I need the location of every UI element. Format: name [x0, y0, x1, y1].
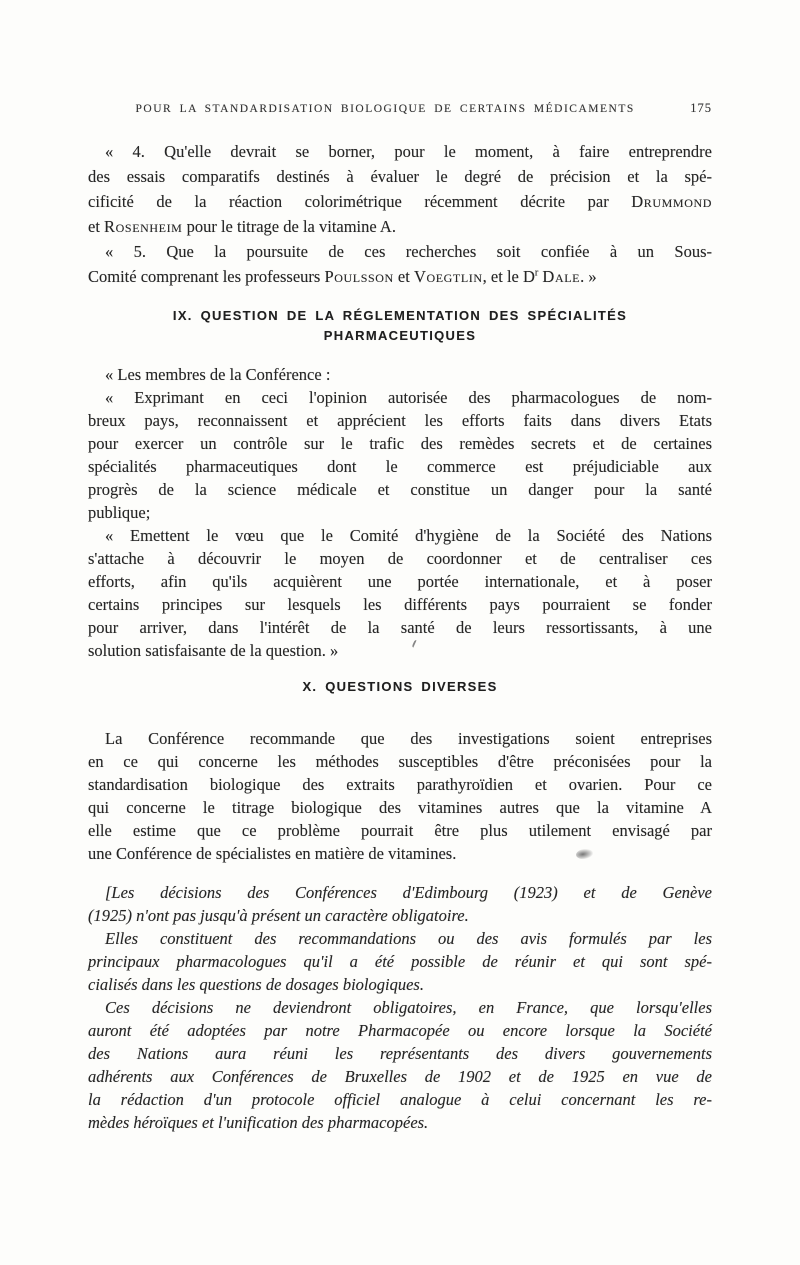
small-caps-name: Rosenheim	[104, 217, 182, 236]
text-line: en ce qui concerne les méthodes suscepti…	[88, 750, 712, 773]
text-line: (1925) n'ont pas jusqu'à présent un cara…	[88, 904, 712, 927]
text-line: des Nations aura réuni les représentants…	[88, 1042, 712, 1065]
section-heading-x: X. QUESTIONS DIVERSES	[88, 677, 712, 697]
italic-text: Les membres de la Conférence :	[117, 365, 330, 384]
text-line: breux pays, reconnaissent et apprécient …	[88, 409, 712, 432]
small-caps-name: Dale	[542, 267, 580, 286]
paragraph-recommandation: La Conférence recommande que des investi…	[88, 727, 712, 865]
text-line: s'attache à découvrir le moyen de coordo…	[88, 547, 712, 570]
text-line: efforts, afin qu'ils acquièrent une port…	[88, 570, 712, 593]
paragraph-note-1: [Les décisions des Conférences d'Edimbou…	[88, 881, 712, 927]
text-column: « 4. Qu'elle devrait se borner, pour le …	[88, 139, 712, 1134]
superscript-text: r	[535, 268, 538, 279]
text-line: qui concerne le titrage biologique des v…	[88, 796, 712, 819]
heading-line: PHARMACEUTIQUES	[88, 326, 712, 346]
text-line: La Conférence recommande que des investi…	[88, 727, 712, 750]
text-line: Elles constituent des recommandations ou…	[88, 927, 712, 950]
text-line: certains principes sur lesquels les diff…	[88, 593, 712, 616]
text-line: la rédaction d'un protocole officiel ana…	[88, 1088, 712, 1111]
text-line: une Conférence de spécialistes en matièr…	[88, 842, 712, 865]
text-line: publique;	[88, 501, 712, 524]
text-line: « 4. Qu'elle devrait se borner, pour le …	[88, 139, 712, 164]
running-title: POUR LA STANDARDISATION BIOLOGIQUE DE CE…	[88, 103, 682, 115]
section-heading-ix: IX. QUESTION DE LA RÉGLEMENTATION DES SP…	[88, 306, 712, 346]
text-line: spécialités pharmaceutiques dont le comm…	[88, 455, 712, 478]
paragraph-emettent: « Emettent le vœu que le Comité d'hygièn…	[88, 524, 712, 662]
small-caps-name: Drummond	[631, 192, 712, 211]
text-line: adhérents aux Conférences de Bruxelles d…	[88, 1065, 712, 1088]
paragraph-exprimant: « Exprimant en ceci l'opinion autorisée …	[88, 386, 712, 524]
text-line: « Les membres de la Conférence :	[88, 363, 712, 386]
text-line: pour exercer un contrôle sur le trafic d…	[88, 432, 712, 455]
text-line: des essais comparatifs destinés à évalue…	[88, 164, 712, 189]
running-header: POUR LA STANDARDISATION BIOLOGIQUE DE CE…	[88, 101, 712, 116]
text-line: « 5. Que la poursuite de ces recherches …	[88, 239, 712, 264]
small-caps-name: Poulsson	[324, 267, 393, 286]
text-line: « Emettent le vœu que le Comité d'hygièn…	[88, 524, 712, 547]
paragraph-note-2: Elles constituent des recommandations ou…	[88, 927, 712, 996]
heading-line: X. QUESTIONS DIVERSES	[88, 677, 712, 697]
text-line: Ces décisions ne deviendront obligatoire…	[88, 996, 712, 1019]
text-line: cificité de la réaction colorimétrique r…	[88, 189, 712, 214]
text-line: progrès de la science médicale et consti…	[88, 478, 712, 501]
paragraph-resolution-5: « 5. Que la poursuite de ces recherches …	[88, 239, 712, 289]
text-line: Comité comprenant les professeurs Poulss…	[88, 264, 712, 289]
text-line: pour arriver, dans l'intérêt de la santé…	[88, 616, 712, 639]
text-line: [Les décisions des Conférences d'Edimbou…	[88, 881, 712, 904]
page-number: 175	[682, 101, 712, 116]
text-line: mèdes héroïques et l'unification des pha…	[88, 1111, 712, 1134]
paragraph-note-3: Ces décisions ne deviendront obligatoire…	[88, 996, 712, 1134]
text-line: auront été adoptées par notre Pharmacopé…	[88, 1019, 712, 1042]
scanned-document-page: POUR LA STANDARDISATION BIOLOGIQUE DE CE…	[0, 0, 800, 1265]
text-line: et Rosenheim pour le titrage de la vitam…	[88, 214, 712, 239]
text-line: « Exprimant en ceci l'opinion autorisée …	[88, 386, 712, 409]
heading-line: IX. QUESTION DE LA RÉGLEMENTATION DES SP…	[88, 306, 712, 326]
text-line: principaux pharmacologues qu'il a été po…	[88, 950, 712, 973]
paragraph-resolution-4: « 4. Qu'elle devrait se borner, pour le …	[88, 139, 712, 239]
text-line: solution satisfaisante de la question. »	[88, 639, 712, 662]
text-line: elle estime que ce problème pourrait êtr…	[88, 819, 712, 842]
text-line: standardisation biologique des extraits …	[88, 773, 712, 796]
small-caps-name: Voegtlin	[414, 267, 483, 286]
paragraph-conference-members: « Les membres de la Conférence :	[88, 363, 712, 386]
text-line: cialisés dans les questions de dosages b…	[88, 973, 712, 996]
